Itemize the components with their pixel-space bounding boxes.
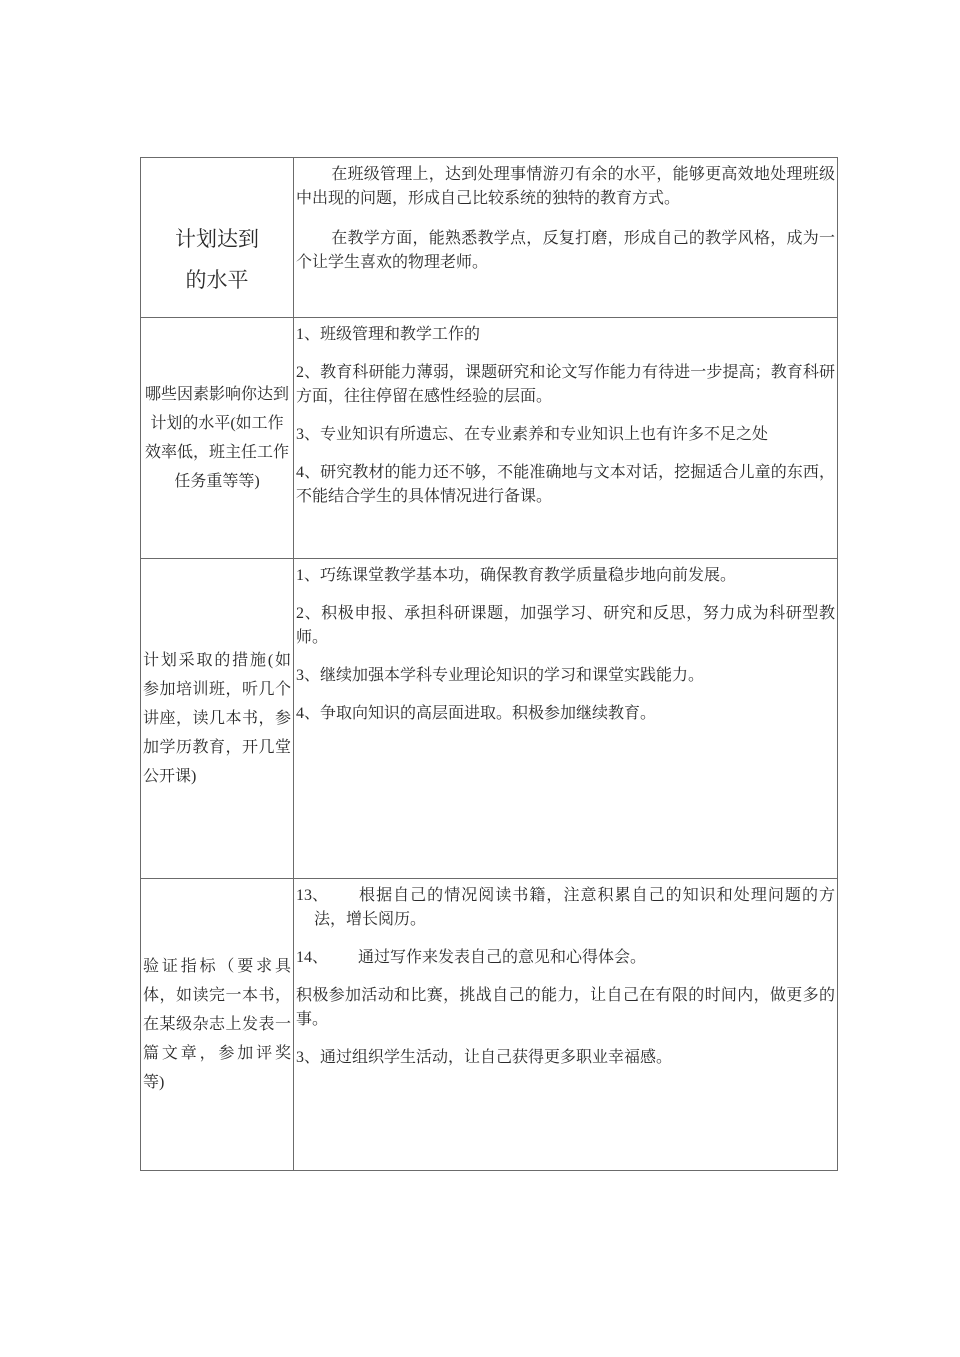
row-header-influencing-factors: 哪些因素影响你达到计划的水平(如工作效率低，班主任工作任务重等等) [141,318,294,559]
row-header-planned-level: 计划达到 的水平 [141,158,294,318]
factor-item-3: 3、专业知识有所遗忘、在专业素养和专业知识上也有许多不足之处 [296,423,835,447]
table-row-verification-indicators: 验证指标（要求具体，如读完一本书，在某级杂志上发表一篇文章，参加评奖等) 13、… [141,879,838,1171]
indicator-item-13: 13、根据自己的情况阅读书籍，注意积累自己的知识和处理问题的方法，增长阅历。 [296,884,835,932]
indicator-text: 根据自己的情况阅读书籍，注意积累自己的知识和处理问题的方法，增长阅历。 [314,887,835,928]
row-header-text: 验证指标（要求具体，如读完一本书，在某级杂志上发表一篇文章，参加评奖等) [143,952,291,1097]
indicator-item-14: 14、通过写作来发表自己的意见和心得体会。 [296,946,835,970]
development-plan-table: 计划达到 的水平 在班级管理上，达到处理事情游刃有余的水平，能够更高效地处理班级… [140,157,838,1171]
table-row-influencing-factors: 哪些因素影响你达到计划的水平(如工作效率低，班主任工作任务重等等) 1、班级管理… [141,318,838,559]
row-header-text: 计划采取的措施(如参加培训班，听几个讲座，读几本书，参加学历教育，开几堂公开课) [143,646,291,791]
document-page: 计划达到 的水平 在班级管理上，达到处理事情游刃有余的水平，能够更高效地处理班级… [0,0,960,1357]
measure-item-1: 1、巧练课堂教学基本功，确保教育教学质量稳步地向前发展。 [296,564,835,588]
indicator-text: 通过写作来发表自己的意见和心得体会。 [358,949,646,966]
measure-item-2: 2、积极申报、承担科研课题，加强学习、研究和反思，努力成为科研型教师。 [296,602,835,650]
row-header-text: 哪些因素影响你达到计划的水平(如工作效率低，班主任工作任务重等等) [143,380,291,496]
list-number: 14、 [296,946,358,970]
list-number: 13、 [296,884,358,908]
factor-item-1: 1、班级管理和教学工作的 [296,323,835,347]
cell-influencing-factors-content: 1、班级管理和教学工作的 2、教育科研能力薄弱，课题研究和论文写作能力有待进一步… [294,318,838,559]
paragraph-teaching: 在教学方面，能熟悉教学点，反复打磨，形成自己的教学风格，成为一个让学生喜欢的物理… [296,227,835,275]
indicator-item-3: 3、通过组织学生活动，让自己获得更多职业幸福感。 [296,1046,835,1070]
measure-item-4: 4、争取向知识的高层面进取。积极参加继续教育。 [296,702,835,726]
row-header-verification-indicators: 验证指标（要求具体，如读完一本书，在某级杂志上发表一篇文章，参加评奖等) [141,879,294,1171]
cell-verification-indicators-content: 13、根据自己的情况阅读书籍，注意积累自己的知识和处理问题的方法，增长阅历。 1… [294,879,838,1171]
paragraph-class-management: 在班级管理上，达到处理事情游刃有余的水平，能够更高效地处理班级中出现的问题，形成… [296,163,835,211]
table-row-planned-measures: 计划采取的措施(如参加培训班，听几个讲座，读几本书，参加学历教育，开几堂公开课)… [141,559,838,879]
measure-item-3: 3、继续加强本学科专业理论知识的学习和课堂实践能力。 [296,664,835,688]
factor-item-4: 4、研究教材的能力还不够，不能准确地与文本对话，挖掘适合儿童的东西，不能结合学生… [296,461,835,509]
row-header-text: 计划达到 的水平 [143,219,291,301]
table-row-planned-level: 计划达到 的水平 在班级管理上，达到处理事情游刃有余的水平，能够更高效地处理班级… [141,158,838,318]
factor-item-2: 2、教育科研能力薄弱，课题研究和论文写作能力有待进一步提高；教育科研方面，往往停… [296,361,835,409]
indicator-item-activities: 积极参加活动和比赛，挑战自己的能力，让自己在有限的时间内，做更多的事。 [296,984,835,1032]
row-header-planned-measures: 计划采取的措施(如参加培训班，听几个讲座，读几本书，参加学历教育，开几堂公开课) [141,559,294,879]
cell-planned-measures-content: 1、巧练课堂教学基本功，确保教育教学质量稳步地向前发展。 2、积极申报、承担科研… [294,559,838,879]
cell-planned-level-content: 在班级管理上，达到处理事情游刃有余的水平，能够更高效地处理班级中出现的问题，形成… [294,158,838,318]
